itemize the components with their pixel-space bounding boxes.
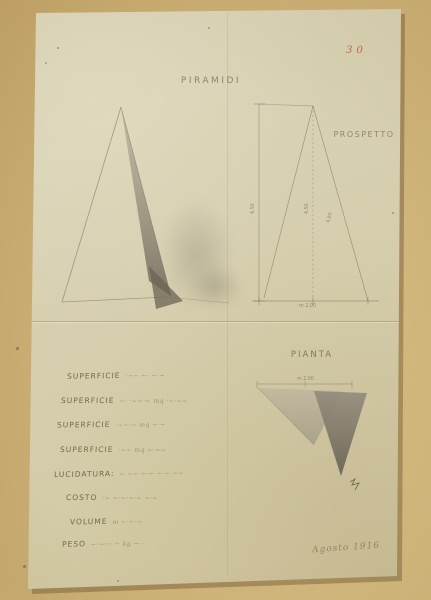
caption-label: LUCIDATURA: [54,469,115,479]
page-number: 30 [346,45,367,56]
plan-drawing [257,381,367,476]
caption-note: ·~~ ~· ~·~ [125,372,165,380]
caption-row: VOLUMEm ~·~·~ [70,509,143,529]
caption-row: SUPERFICIE·~~ ~· ~·~ [67,362,165,383]
caption-note: m ~·~·~ [112,519,142,526]
paper-sheet: PIRAMIDI PROSPETTO PIANTA 30 4,50 4,50 4… [0,0,431,600]
caption-label: SUPERFICIE [57,420,111,429]
elevation-dim-right: 4,80 [325,212,333,224]
foxing-speck [117,580,119,582]
caption-label: PESO [62,539,86,548]
plan-dim-width: m 2,00 [297,376,314,381]
caption-row: SUPERFICIE~· ·~~·~ mq ·~·~~ [61,388,188,407]
caption-row: COSTO·~ ~·~·~·~ ~·~ [66,485,158,504]
horizontal-fold-crease [28,321,400,322]
foxing-speck [57,47,59,49]
caption-row: SUPERFICIE·~~·~ mq ~·~ [57,412,166,432]
handwritten-date: Agosto 1916 [312,541,381,556]
caption-label: SUPERFICIE [67,371,121,381]
elevation-dim-center: 4,50 [304,203,309,214]
caption-note: ~ ~~ ~·~ ~·~ ~~ [119,470,183,478]
foxing-speck [208,27,210,29]
caption-row: PESO~·~·~ ~ kg ~·· [62,530,144,550]
elevation-dim-left: 4,50 [250,203,255,214]
caption-label: SUPERFICIE [61,396,115,405]
caption-label: SUPERFICIE [60,445,114,454]
foxing-speck [392,212,394,214]
caption-note: ~· ·~~·~ mq ·~·~~ [119,398,187,405]
pencil-drawings-layer [0,0,431,600]
caption-note: ·~~·~ mq ~·~ [115,422,165,429]
elevation-title: PROSPETTO [324,130,404,139]
vertical-fold-crease [227,13,228,575]
caption-label: COSTO [66,493,98,502]
caption-row: SUPERFICIE·~~ mq ~·~~ [60,437,166,456]
foxing-speck [23,565,26,568]
foxing-speck [16,347,19,350]
scanned-plate: PIRAMIDI PROSPETTO PIANTA 30 4,50 4,50 4… [0,0,431,600]
plate-title: PIRAMIDI [150,76,272,86]
elevation-dim-base: m 2,00 [299,303,316,308]
caption-note: ~·~·~ ~ kg ~·· [91,540,144,548]
plan-title: PIANTA [280,350,344,360]
caption-row: LUCIDATURA:~ ~~ ~·~ ~·~ ~~ [54,460,184,481]
perspective-pyramid-drawing [62,107,243,311]
foxing-speck [45,62,47,64]
caption-note: ·~ ~·~·~·~ ~·~ [102,495,158,502]
pencil-scribble [350,479,359,490]
caption-note: ·~~ mq ~·~~ [118,447,166,454]
caption-label: VOLUME [70,517,108,526]
